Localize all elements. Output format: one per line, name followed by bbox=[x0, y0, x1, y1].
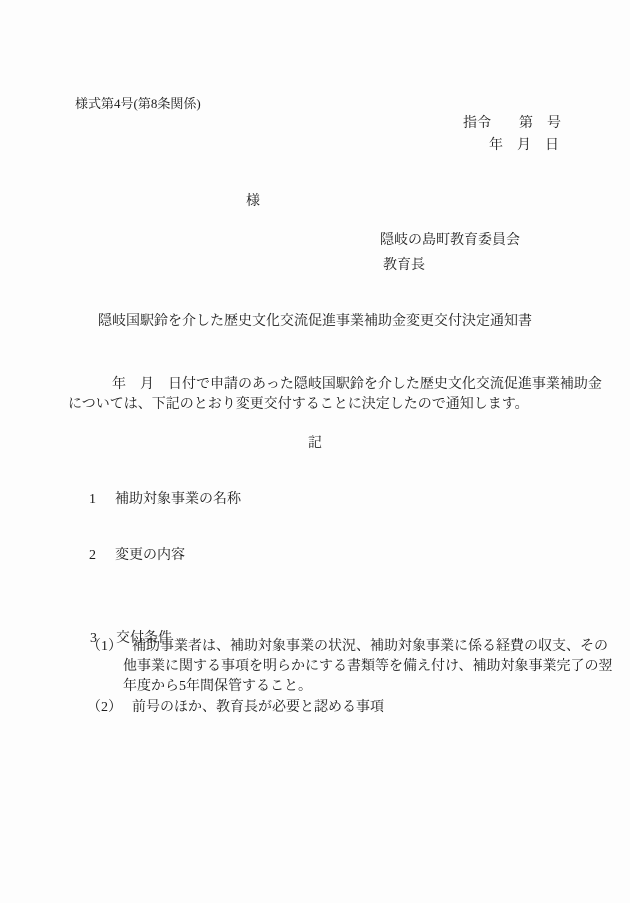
notice-document-page: 様式第4号(第8条関係) 指令 第 号 年 月 日 様 隠岐の島町教育委員会 教… bbox=[0, 0, 630, 903]
record-marker: 記 bbox=[0, 437, 630, 451]
item-label: 変更の内容 bbox=[115, 548, 185, 563]
item-number: 2 bbox=[89, 548, 96, 563]
directive-number-line: 指令 第 号 bbox=[463, 117, 561, 131]
item-number: 1 bbox=[89, 492, 96, 507]
item-2-change-details: 2変更の内容 bbox=[75, 535, 185, 577]
body-line: 年 月 日付で申請のあった隠岐国駅鈴を介した歴史文化交流促進事業補助金 bbox=[112, 378, 602, 392]
issuer-organization: 隠岐の島町教育委員会 bbox=[380, 234, 520, 248]
document-title: 隠岐国駅鈴を介した歴史文化交流促進事業補助金変更交付決定通知書 bbox=[0, 315, 630, 329]
issuer-title: 教育長 bbox=[383, 259, 425, 273]
body-line: については、下記のとおり変更交付することに決定したので通知します。 bbox=[68, 398, 529, 412]
condition-1-number: （1） bbox=[87, 640, 122, 654]
condition-2-number: （2） bbox=[87, 701, 122, 715]
condition-2-line: 前号のほか、教育長が必要と認める事項 bbox=[132, 701, 384, 715]
condition-1-line: 補助事業者は、補助対象事業の状況、補助対象事業に係る経費の収支、その bbox=[132, 640, 608, 654]
addressee-honorific: 様 bbox=[246, 195, 260, 209]
condition-1-line: 年度から5年間保管すること。 bbox=[123, 680, 312, 694]
form-number-label: 様式第4号(第8条関係) bbox=[75, 97, 201, 110]
condition-1-line: 他事業に関する事項を明らかにする書類等を備え付け、補助対象事業完了の翌 bbox=[123, 660, 612, 674]
item-label: 補助対象事業の名称 bbox=[115, 492, 241, 507]
issue-date-line: 年 月 日 bbox=[489, 139, 559, 153]
item-1-subsidized-project-name: 1補助対象事業の名称 bbox=[75, 479, 241, 521]
